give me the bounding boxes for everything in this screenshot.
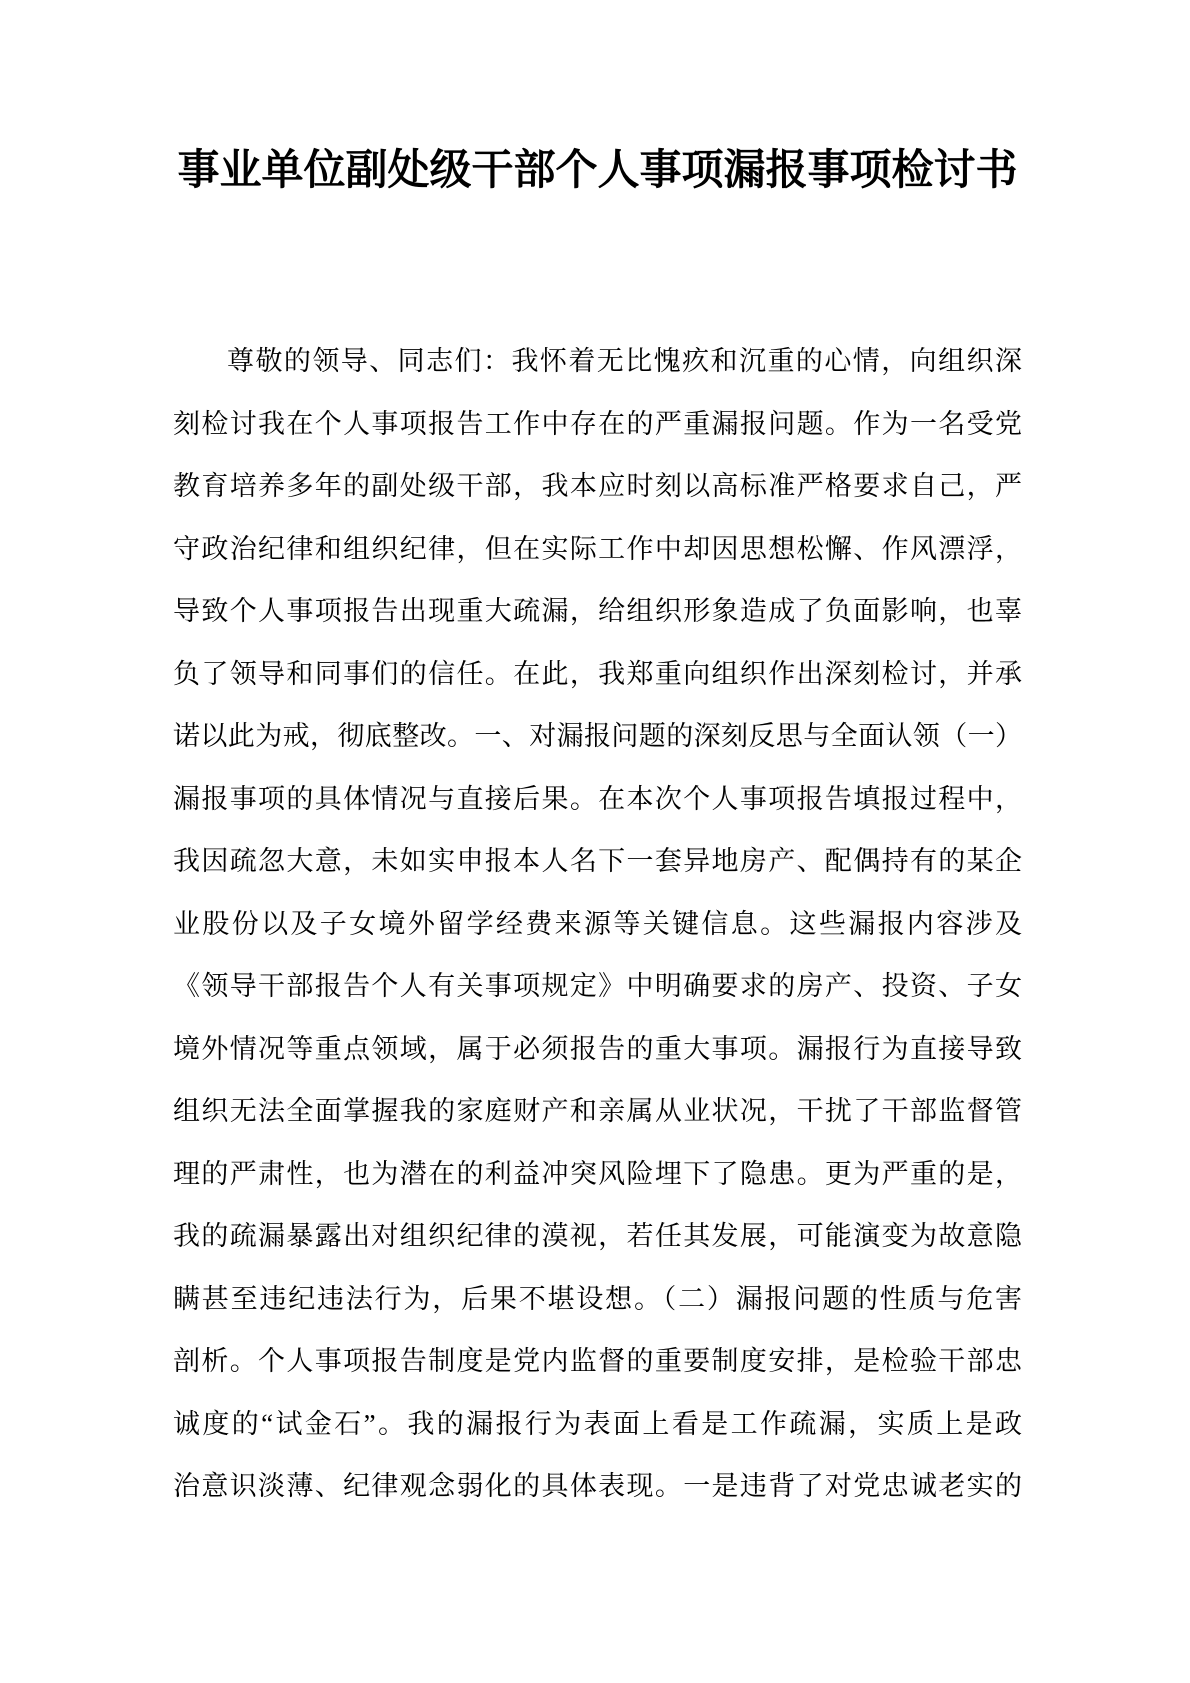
body-text-line: 业股份以及子女境外留学经费来源等关键信息。这些漏报内容涉及 — [173, 893, 1022, 956]
body-text-line: 治意识淡薄、纪律观念弱化的具体表现。一是违背了对党忠诚老实的 — [173, 1455, 1022, 1518]
body-text-line: 《领导干部报告个人有关事项规定》中明确要求的房产、投资、子女 — [173, 955, 1022, 1018]
body-text-line: 诺以此为戒，彻底整改。一、对漏报问题的深刻反思与全面认领（一） — [173, 705, 1022, 768]
body-text-line: 剖析。个人事项报告制度是党内监督的重要制度安排，是检验干部忠 — [173, 1330, 1022, 1393]
body-text-line: 刻检讨我在个人事项报告工作中存在的严重漏报问题。作为一名受党 — [173, 393, 1022, 456]
body-text-line: 境外情况等重点领域，属于必须报告的重大事项。漏报行为直接导致 — [173, 1018, 1022, 1081]
body-text-line: 理的严肃性，也为潜在的利益冲突风险埋下了隐患。更为严重的是， — [173, 1143, 1022, 1206]
body-text-line: 负了领导和同事们的信任。在此，我郑重向组织作出深刻检讨，并承 — [173, 643, 1022, 706]
document-page: 事业单位副处级干部个人事项漏报事项检讨书 尊敬的领导、同志们：我怀着无比愧疚和沉… — [0, 0, 1190, 1683]
body-text-line: 漏报事项的具体情况与直接后果。在本次个人事项报告填报过程中， — [173, 768, 1022, 831]
body-text-line: 尊敬的领导、同志们：我怀着无比愧疚和沉重的心情，向组织深 — [173, 330, 1022, 393]
body-text-line: 我的疏漏暴露出对组织纪律的漠视，若任其发展，可能演变为故意隐 — [173, 1205, 1022, 1268]
body-text-line: 瞒甚至违纪违法行为，后果不堪设想。（二）漏报问题的性质与危害 — [173, 1268, 1022, 1331]
document-body: 尊敬的领导、同志们：我怀着无比愧疚和沉重的心情，向组织深刻检讨我在个人事项报告工… — [173, 330, 1022, 1518]
body-text-line: 导致个人事项报告出现重大疏漏，给组织形象造成了负面影响，也辜 — [173, 580, 1022, 643]
body-text-line: 我因疏忽大意，未如实申报本人名下一套异地房产、配偶持有的某企 — [173, 830, 1022, 893]
body-text-line: 组织无法全面掌握我的家庭财产和亲属从业状况，干扰了干部监督管 — [173, 1080, 1022, 1143]
document-title: 事业单位副处级干部个人事项漏报事项检讨书 — [173, 137, 1022, 202]
body-text-line: 守政治纪律和组织纪律，但在实际工作中却因思想松懈、作风漂浮， — [173, 518, 1022, 581]
body-text-line: 教育培养多年的副处级干部，我本应时刻以高标准严格要求自己，严 — [173, 455, 1022, 518]
body-text-line: 诚度的“试金石”。我的漏报行为表面上看是工作疏漏，实质上是政 — [173, 1393, 1022, 1456]
